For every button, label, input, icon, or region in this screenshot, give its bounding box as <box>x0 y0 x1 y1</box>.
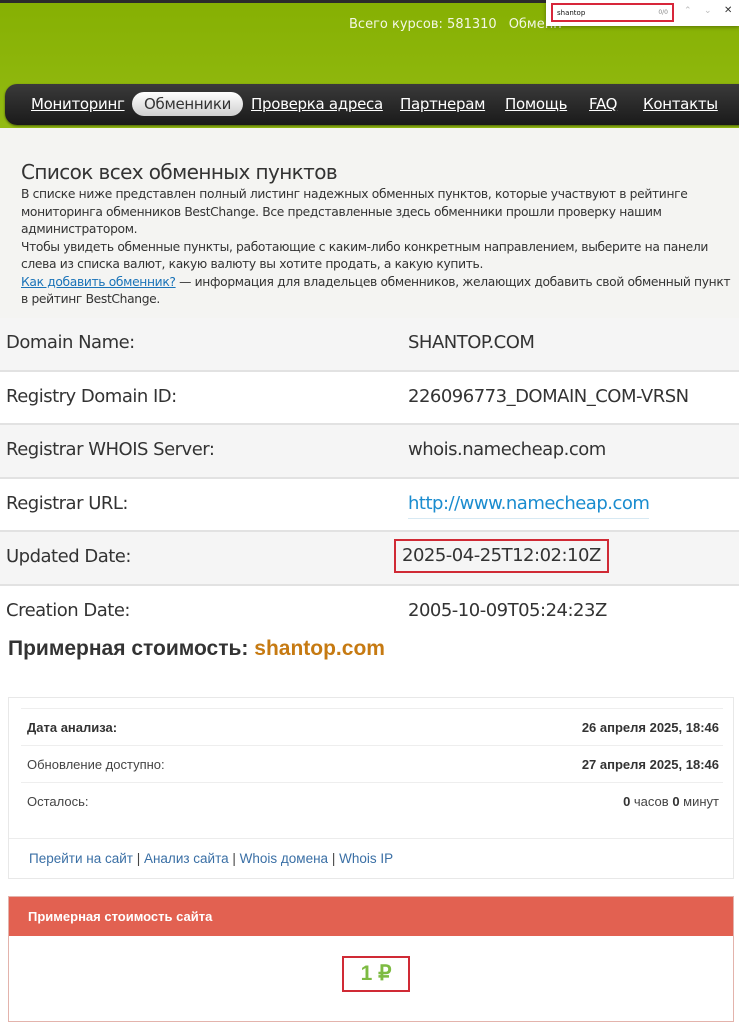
time-left-value: 0 часов 0 минут <box>623 794 719 809</box>
nav-item-help[interactable]: Помощь <box>505 95 567 113</box>
intro-section: Список всех обменных пунктов В списке ни… <box>0 128 739 320</box>
whois-value: whois.namecheap.com <box>408 439 606 460</box>
whois-value: 2005-10-09T05:24:23Z <box>408 600 607 621</box>
whois-key: Registry Domain ID: <box>6 386 177 407</box>
registrar-url-link[interactable]: http://www.namecheap.com <box>408 493 649 519</box>
nav-item-address-check[interactable]: Проверка адреса <box>251 95 383 113</box>
separator: | <box>328 851 339 866</box>
analysis-box: Дата анализа: 26 апреля 2025, 18:46 Обно… <box>8 697 734 879</box>
minutes-unit: минут <box>680 794 719 809</box>
find-in-page-bar: shantop 0/0 ⌃ ⌄ ✕ <box>546 0 739 26</box>
find-input[interactable]: shantop 0/0 <box>551 3 674 22</box>
whois-row-domain-name: Domain Name: SHANTOP.COM <box>0 318 739 372</box>
analysis-date-row: Дата анализа: 26 апреля 2025, 18:46 <box>21 708 723 745</box>
add-exchanger-link[interactable]: Как добавить обменник? <box>21 275 176 289</box>
whois-row-registry-id: Registry Domain ID: 226096773_DOMAIN_COM… <box>0 372 739 426</box>
intro-paragraph-1: В списке ниже представлен полный листинг… <box>21 187 687 236</box>
whois-table: Domain Name: SHANTOP.COM Registry Domain… <box>0 318 739 639</box>
nav-item-exchangers[interactable]: Обменники <box>132 92 243 116</box>
update-available-row: Обновление доступно: 27 апреля 2025, 18:… <box>21 745 723 782</box>
intro-text: В списке ниже представлен полный листинг… <box>21 186 731 309</box>
update-available-value: 27 апреля 2025, 18:46 <box>582 757 719 772</box>
whois-value: SHANTOP.COM <box>408 332 534 353</box>
nav-item-partners[interactable]: Партнерам <box>400 95 485 113</box>
whois-value: 226096773_DOMAIN_COM-VRSN <box>408 386 689 407</box>
find-match-count: 0/0 <box>658 9 668 16</box>
find-query: shantop <box>557 9 585 17</box>
estimate-title: Примерная стоимость: shantop.com <box>8 637 385 661</box>
page-title: Список всех обменных пунктов <box>21 160 337 184</box>
whois-key: Updated Date: <box>6 546 131 567</box>
whois-row-whois-server: Registrar WHOIS Server: whois.namecheap.… <box>0 425 739 479</box>
whois-row-updated-date: Updated Date: 2025-04-25T12:02:10Z <box>0 532 739 586</box>
header-stats: Всего курсов: 581310Обменн <box>349 17 562 32</box>
whois-key: Registrar URL: <box>6 493 128 514</box>
estimate-title-prefix: Примерная стоимость: <box>8 637 254 660</box>
updated-date-highlighted: 2025-04-25T12:02:10Z <box>396 541 607 571</box>
analysis-date-label: Дата анализа: <box>27 720 117 735</box>
close-icon[interactable]: ✕ <box>724 5 732 16</box>
main-nav: Мониторинг Обменники Проверка адреса Пар… <box>5 84 739 125</box>
whois-ip-link[interactable]: Whois IP <box>339 851 393 866</box>
whois-key: Domain Name: <box>6 332 135 353</box>
site-analysis-link[interactable]: Анализ сайта <box>144 851 229 866</box>
time-left-row: Осталось: 0 часов 0 минут <box>21 782 723 819</box>
intro-paragraph-2: Чтобы увидеть обменные пункты, работающи… <box>21 240 708 272</box>
whois-key: Registrar WHOIS Server: <box>6 439 214 460</box>
analysis-date-value: 26 апреля 2025, 18:46 <box>582 720 719 735</box>
estimate-domain: shantop.com <box>254 637 385 660</box>
minutes-left: 0 <box>672 794 679 809</box>
nav-item-monitoring[interactable]: Мониторинг <box>31 95 125 113</box>
site-cost-value: 1 ₽ <box>342 956 410 992</box>
chevron-down-icon[interactable]: ⌄ <box>704 5 712 16</box>
go-to-site-link[interactable]: Перейти на сайт <box>29 851 133 866</box>
time-left-label: Осталось: <box>27 794 89 809</box>
nav-item-faq[interactable]: FAQ <box>589 95 617 113</box>
whois-key: Creation Date: <box>6 600 130 621</box>
total-rates-label: Всего курсов: 581310 <box>349 17 497 32</box>
update-available-label: Обновление доступно: <box>27 757 165 772</box>
whois-domain-link[interactable]: Whois домена <box>240 851 328 866</box>
analysis-links: Перейти на сайт | Анализ сайта | Whois д… <box>9 838 733 878</box>
whois-row-creation-date: Creation Date: 2005-10-09T05:24:23Z <box>0 586 739 640</box>
site-cost-panel: Примерная стоимость сайта 1 ₽ <box>8 896 734 1022</box>
hours-unit: часов <box>630 794 672 809</box>
site-cost-header: Примерная стоимость сайта <box>9 897 733 936</box>
separator: | <box>229 851 240 866</box>
chevron-up-icon[interactable]: ⌃ <box>684 5 692 16</box>
whois-row-registrar-url: Registrar URL: http://www.namecheap.com <box>0 479 739 533</box>
nav-item-contacts[interactable]: Контакты <box>643 95 718 113</box>
separator: | <box>133 851 144 866</box>
